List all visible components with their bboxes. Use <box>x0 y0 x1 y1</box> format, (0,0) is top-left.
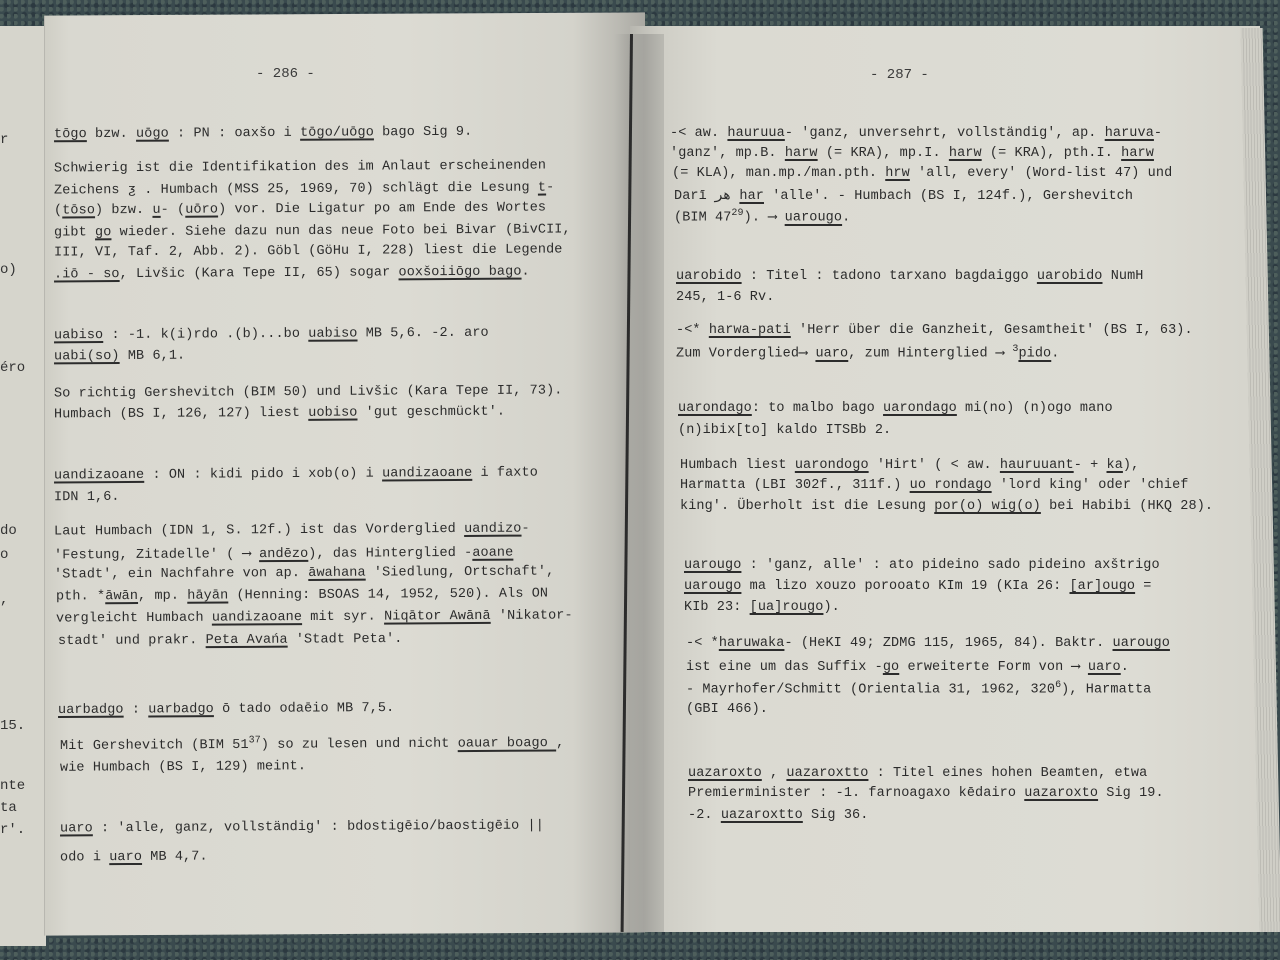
text-run: (Henning: BSOAS 14, 1952, 520). Als ON <box>228 586 548 603</box>
underlined-term: uazaroxto <box>1024 786 1098 801</box>
text-run: ), <box>1123 458 1139 473</box>
text-run: - <box>546 180 554 195</box>
text-run: erweiterte Form von ⟶ <box>899 660 1088 675</box>
underlined-term: uabiso <box>308 326 357 341</box>
underlined-term: uarougo <box>785 211 842 226</box>
text-run: -2. <box>688 808 721 823</box>
text-run: , <box>762 766 787 781</box>
underlined-term: oauar boago <box>458 736 557 752</box>
right-page-line: 'ganz', mp.B. harw (= KRA), mp.I. harw (… <box>670 146 1154 161</box>
text-run: . <box>1121 660 1129 675</box>
text-run: bei Habibi (HKQ 28). <box>1041 499 1213 514</box>
text-run: IDN 1,6. <box>54 490 120 505</box>
underlined-term: uabiso <box>54 328 103 343</box>
text-run: (= KRA), mp.I. <box>818 146 949 161</box>
underlined-term: uazaroxto <box>688 766 762 781</box>
text-run: Mit Gershevitch (BIM 51 <box>60 738 249 754</box>
text-run: ). ⟶ <box>744 211 785 226</box>
page-number-left: - 286 - <box>256 66 315 82</box>
text-run: = <box>1135 579 1151 594</box>
underlined-term: tōgo/uōgo <box>300 125 374 140</box>
left-page-line: .iō - so, Livšic (Kara Tepe II, 65) soga… <box>54 265 530 283</box>
text-run: : Titel : tadono tarxano bagdaiggo <box>742 269 1037 284</box>
left-page-line: III, VI, Taf. 2, Abb. 2). Göbl (GöHu I, … <box>54 242 563 260</box>
text-run: MB 5,6. -2. aro <box>357 326 488 342</box>
text-run: , mp. <box>138 589 187 604</box>
underlined-term: t <box>538 181 546 196</box>
previous-page-fragment: r <box>0 132 8 148</box>
text-run: mit syr. <box>302 610 384 626</box>
underlined-term: harw <box>949 146 982 161</box>
underlined-term: har <box>739 189 764 204</box>
right-page-line: -<* harwa-pati 'Herr über die Ganzheit, … <box>676 323 1193 338</box>
text-run: 'Siedlung, Ortschaft', <box>366 564 555 580</box>
underlined-term: ka <box>1107 458 1123 473</box>
underlined-term: .iō - so <box>54 267 120 282</box>
previous-page-fragment: nte <box>0 778 25 794</box>
left-page-line: uandizaoane : ON : kidi pido i xob(o) i … <box>54 466 538 484</box>
underlined-term: uōgo <box>136 127 169 142</box>
text-run: : Titel eines hohen Beamten, etwa <box>868 766 1147 781</box>
underlined-term: uandizaoane <box>212 610 302 626</box>
left-page-line: Zeichens ƺ . Humbach (MSS 25, 1969, 70) … <box>54 180 554 198</box>
right-page-line: 245, 1-6 Rv. <box>676 290 774 305</box>
right-page-line: king'. Überholt ist die Lesung por(o) wi… <box>680 499 1213 514</box>
underlined-term: uarondago <box>883 401 957 416</box>
left-page-line: odo i uaro MB 4,7. <box>60 850 208 866</box>
underlined-term: uaro <box>109 850 142 865</box>
text-run: . <box>1051 347 1059 362</box>
left-page-line: IDN 1,6. <box>54 490 120 505</box>
underlined-term: uarougo <box>1113 636 1170 651</box>
previous-page-fragment: ta <box>0 800 17 816</box>
left-page-line: vergleicht Humbach uandizaoane mit syr. … <box>56 608 573 626</box>
text-run: III, VI, Taf. 2, Abb. 2). Göbl (GöHu I, … <box>54 242 563 260</box>
text-run: Premierminister : -1. farnoagaxo kēdairo <box>688 786 1024 801</box>
right-page-line: uarobido : Titel : tadono tarxano bagdai… <box>676 269 1144 284</box>
text-run: - 'ganz, unversehrt, vollständig', ap. <box>785 126 1105 141</box>
right-page-line: ist eine um das Suffix -go erweiterte Fo… <box>686 658 1129 675</box>
text-run: - Mayrhofer/Schmitt (Orientalia 31, 1962… <box>686 683 1055 698</box>
text-run: (n)ibix[to] kaldo ITSBb 2. <box>678 423 891 438</box>
text-run: -< aw. <box>670 126 727 141</box>
right-page-line: Humbach liest uarondogo 'Hirt' ( < aw. h… <box>680 458 1139 473</box>
text-run: 'Nikator- <box>491 608 573 624</box>
text-run: - ( <box>161 203 186 218</box>
text-run: 29 <box>731 208 743 219</box>
text-run: 'Herr über die Ganzheit, Gesamtheit' (BS… <box>791 323 1193 338</box>
text-run: ō tado odaēio MB 7,5. <box>214 701 395 717</box>
text-run: (= KLA), man.mp./man.pth. <box>672 166 885 181</box>
text-run: 37 <box>249 735 261 746</box>
underlined-term: ooxšoiiōgo bago <box>398 265 521 281</box>
left-page-line: Mit Gershevitch (BIM 5137) so zu lesen u… <box>60 733 564 754</box>
underlined-term: haruwaka <box>719 636 785 651</box>
underlined-term: go <box>95 225 111 240</box>
text-run: ist eine um das Suffix - <box>686 660 883 675</box>
text-run: (BIM 47 <box>674 211 731 226</box>
text-run: odo i <box>60 850 109 865</box>
text-run: 'gut geschmückt'. <box>357 405 505 421</box>
underlined-term: uarondago <box>678 401 752 416</box>
underlined-term: por(o) wig(o) <box>934 499 1041 514</box>
underlined-term: uobiso <box>308 406 357 421</box>
left-page-line: Laut Humbach (IDN 1, S. 12f.) ist das Vo… <box>54 522 530 540</box>
underlined-term: uandizo <box>464 522 522 537</box>
text-run: ) vor. Die Ligatur ƿo am Ende des Wortes <box>218 200 546 217</box>
underlined-term: uarbadgo <box>148 702 214 717</box>
text-run: - <box>1154 126 1162 141</box>
underlined-term: aoane <box>472 546 513 561</box>
text-run: NumH <box>1103 269 1144 284</box>
underlined-term: uarobido <box>676 269 742 284</box>
text-run: mi(no) (n)ogo mano <box>957 401 1113 416</box>
underlined-term: hāyān <box>187 588 228 603</box>
text-run: Schwierig ist die Identifikation des im … <box>54 158 546 176</box>
text-run: So richtig Gershevitch (BIM 50) und Livš… <box>54 383 563 401</box>
text-run: - + <box>1074 458 1107 473</box>
text-run: . <box>521 265 529 280</box>
text-run: Humbach (BS I, 126, 127) liest <box>54 406 308 423</box>
text-run: 'Festung, Zitadelle' ( ⟶ <box>54 547 259 563</box>
right-page-line: -2. uazaroxtto Sig 36. <box>688 808 868 823</box>
underlined-term: uarougo <box>684 579 741 594</box>
underlined-term: u <box>152 203 160 218</box>
underlined-term: uazaroxtto <box>721 808 803 823</box>
left-page-line: uabi(so) MB 6,1. <box>54 349 185 365</box>
text-run: gibt <box>54 225 95 240</box>
left-page-line: gibt go wieder. Siehe dazu nun das neue … <box>54 222 571 240</box>
text-run: ) bzw. <box>95 203 153 218</box>
right-page-line: Premierminister : -1. farnoagaxo kēdairo… <box>688 786 1164 801</box>
right-page-line: uarougo : 'ganz, alle' : ato pideino sad… <box>684 558 1160 573</box>
right-page-line: Zum Vorderglied⟶ uaro, zum Hinterglied ⟶… <box>676 344 1059 362</box>
left-page-line: stadt' und prakr. Peta Avańa 'Stadt Peta… <box>58 632 403 649</box>
left-page-line: So richtig Gershevitch (BIM 50) und Livš… <box>54 383 563 401</box>
underlined-term: [ar]ougo <box>1069 579 1135 594</box>
underlined-term: harw <box>1121 146 1154 161</box>
text-run: , zum Hinterglied ⟶ <box>848 347 1012 362</box>
text-run: wie Humbach (BS I, 129) meint. <box>60 759 306 776</box>
text-run: ) so zu lesen und nicht <box>261 737 458 753</box>
text-run: 'alle'. - Humbach (BS I, 124f.), Gershev… <box>764 189 1133 204</box>
underlined-term: tōso <box>62 203 95 218</box>
underlined-term: uaro <box>1088 660 1121 675</box>
text-run: wieder. Siehe dazu nun das neue Foto bei… <box>111 222 570 240</box>
text-run: Humbach liest <box>680 458 795 473</box>
underlined-term: uaro <box>815 347 848 362</box>
underlined-term: haruva <box>1105 126 1154 141</box>
text-run: Zum Vorderglied⟶ <box>676 347 815 362</box>
text-run: : -1. k(i)rdo .(b)...bo <box>103 327 308 343</box>
text-run: (GBI 466). <box>686 702 768 717</box>
text-run: -< * <box>686 636 719 651</box>
text-run: stadt' und prakr. <box>58 633 206 649</box>
left-page-line: tōgo bzw. uōgo : PN : oaxšo i tōgo/uōgo … <box>54 125 472 143</box>
previous-page-fragment: 15. <box>0 718 25 734</box>
left-page-line: uabiso : -1. k(i)rdo .(b)...bo uabiso MB… <box>54 326 489 344</box>
previous-page-fragment: o) <box>0 262 17 278</box>
left-page-line: 'Festung, Zitadelle' ( ⟶ andēzo), das Hi… <box>54 544 513 564</box>
text-run: (= KRA), pth.I. <box>982 146 1121 161</box>
underlined-term: hrw <box>885 166 910 181</box>
left-page-line: 'Stadt', ein Nachfahre von ap. āwahana '… <box>54 564 554 582</box>
underlined-term: uandizaoane <box>54 468 144 484</box>
left-page-line: wie Humbach (BS I, 129) meint. <box>60 759 306 776</box>
previous-page-fragment: o <box>0 547 8 563</box>
right-page-line: (GBI 466). <box>686 702 768 717</box>
underlined-term: andēzo <box>259 547 308 562</box>
text-run: bago Sig 9. <box>374 125 473 141</box>
right-page-line: KIb 23: [ua]rougo). <box>684 600 840 615</box>
text-run: : ON : kidi pido i xob(o) i <box>144 466 382 482</box>
text-run: , Livšic (Kara Tepe II, 65) sogar <box>120 265 399 282</box>
underlined-term: Niqātor Awānā <box>384 609 491 625</box>
underlined-term: uo rondago <box>910 478 992 493</box>
text-run: 'Stadt Peta'. <box>288 632 403 648</box>
right-page-line: Darī هر har 'alle'. - Humbach (BS I, 124… <box>674 187 1133 204</box>
previous-page-fragment: do <box>0 523 17 539</box>
text-run: king'. Überholt ist die Lesung <box>680 499 934 514</box>
right-page-line: -< aw. hauruua- 'ganz, unversehrt, volls… <box>670 126 1162 141</box>
right-page-line: uarougo ma lizo xouzo porooato KIm 19 (K… <box>684 579 1152 594</box>
underlined-term: tōgo <box>54 127 87 142</box>
text-run: - (HeKI 49; ZDMG 115, 1965, 84). Baktr. <box>784 636 1112 651</box>
underlined-term: uarondogo <box>795 458 869 473</box>
left-page-line: uaro : 'alle, ganz, vollständig' : bdost… <box>60 819 544 837</box>
text-run: Zeichens ƺ . Humbach (MSS 25, 1969, 70) … <box>54 181 538 199</box>
text-run: : PN : oaxšo i <box>169 126 300 142</box>
underlined-term: Peta Avańa <box>206 633 288 649</box>
left-page-line: Humbach (BS I, 126, 127) liest uobiso 'g… <box>54 405 505 423</box>
underlined-term: harw <box>785 146 818 161</box>
underlined-term: uarbadgo <box>58 703 124 718</box>
underlined-term: uarougo <box>684 558 741 573</box>
text-run: bzw. <box>87 127 136 142</box>
text-run: 'lord king' oder 'chief <box>992 478 1189 493</box>
underlined-term: uōro <box>185 203 218 218</box>
text-run: i faxto <box>472 466 538 481</box>
left-page-line: Schwierig ist die Identifikation des im … <box>54 158 546 176</box>
text-run: KIb 23: <box>684 600 750 615</box>
text-run: 245, 1-6 Rv. <box>676 290 774 305</box>
underlined-term: uaro <box>60 821 93 836</box>
text-run: Sig 36. <box>803 808 869 823</box>
previous-page-fragment: , <box>0 592 8 608</box>
right-page-line: uazaroxto , uazaroxtto : Titel eines hoh… <box>688 766 1147 781</box>
underlined-term: hauruuant <box>1000 458 1074 473</box>
text-run: : 'ganz, alle' : ato pideino sado pidein… <box>741 558 1159 573</box>
right-page-line: uarondago: to malbo bago uarondago mi(no… <box>678 401 1113 416</box>
text-run: -<* <box>676 323 709 338</box>
text-run: ma lizo xouzo porooato KIm 19 (KIa 26: <box>741 579 1069 594</box>
underlined-term: āwahana <box>308 566 366 581</box>
underlined-term: [ua]rougo <box>750 600 824 615</box>
text-run: 'Hirt' ( < aw. <box>869 458 1000 473</box>
text-run: 'Stadt', ein Nachfahre von ap. <box>54 566 308 583</box>
right-page-line: - Mayrhofer/Schmitt (Orientalia 31, 1962… <box>686 680 1151 698</box>
text-run: 'all, every' (Word-list 47) und <box>910 166 1172 181</box>
text-run: Harmatta (LBI 302f., 311f.) <box>680 478 910 493</box>
underlined-term: go <box>883 660 899 675</box>
text-run: : <box>124 702 149 717</box>
text-run: , <box>556 736 564 751</box>
underlined-term: harwa-pati <box>709 323 791 338</box>
text-run: vergleicht Humbach <box>56 611 212 627</box>
right-page-line: (n)ibix[to] kaldo ITSBb 2. <box>678 423 891 438</box>
text-run: 'ganz', mp.B. <box>670 146 785 161</box>
previous-page-fragment: r'. <box>0 822 25 838</box>
text-run: ). <box>823 600 839 615</box>
page-number-right: - 287 - <box>870 67 929 83</box>
text-run: Darī هر <box>674 189 739 204</box>
left-page-line: (tōso) bzw. u- (uōro) vor. Die Ligatur ƿ… <box>54 200 546 218</box>
text-run: Sig 19. <box>1098 786 1164 801</box>
text-run: ), Harmatta <box>1061 683 1151 698</box>
left-page-line: uarbadgo : uarbadgo ō tado odaēio MB 7,5… <box>58 701 394 718</box>
underlined-term: uarobido <box>1037 269 1103 284</box>
right-page-line: (BIM 4729). ⟶ uarougo. <box>674 208 850 226</box>
underlined-term: uandizaoane <box>382 466 472 482</box>
right-page-line: (= KLA), man.mp./man.pth. hrw 'all, ever… <box>672 166 1172 181</box>
text-run: . <box>842 211 850 226</box>
left-page-line: pth. *āwān, mp. hāyān (Henning: BSOAS 14… <box>56 586 548 604</box>
underlined-term: hauruua <box>727 126 784 141</box>
previous-page-fragment: éro <box>0 360 25 376</box>
text-run: : 'alle, ganz, vollständig' : bdostigēio… <box>93 819 544 837</box>
underlined-term: uabi(so) <box>54 349 120 364</box>
text-run: MB 6,1. <box>120 349 186 364</box>
text-run: - <box>521 522 529 537</box>
underlined-term: āwān <box>105 589 138 604</box>
right-page-line: -< *haruwaka- (HeKI 49; ZDMG 115, 1965, … <box>686 636 1170 651</box>
underlined-term: pido <box>1018 347 1051 362</box>
text-run: MB 4,7. <box>142 850 208 865</box>
text-run: Laut Humbach (IDN 1, S. 12f.) ist das Vo… <box>54 522 464 540</box>
text-run: pth. * <box>56 589 105 604</box>
text-run: ), das Hinterglied - <box>308 546 472 562</box>
text-run: : to malbo bago <box>752 401 883 416</box>
underlined-term: uazaroxtto <box>786 766 868 781</box>
right-page-line: Harmatta (LBI 302f., 311f.) uo rondago '… <box>680 478 1189 493</box>
